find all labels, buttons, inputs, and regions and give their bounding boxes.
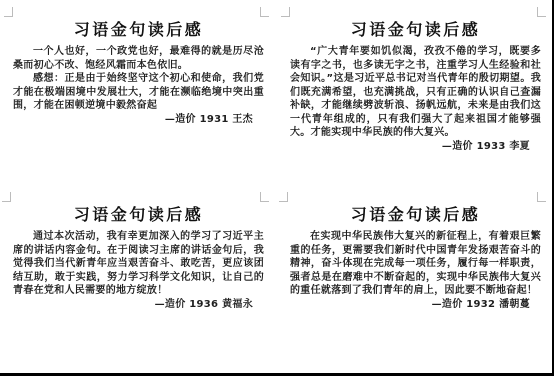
text-boundary-mark-top-left <box>279 192 288 202</box>
page-title: 习语金句读后感 <box>13 206 264 223</box>
text-boundary-mark-top-right <box>537 192 546 202</box>
body-paragraph: 通过本次活动，我有幸更加深入的学习了习近平主席的讲话内容金句。在于阅读习主席的讲… <box>13 230 264 298</box>
text-boundary-mark-top-right <box>260 192 269 202</box>
body-paragraph: 感想：正是由于始终坚守这个初心和使命，我们党才能在极端困境中发展壮大，才能在濒临… <box>13 72 264 113</box>
body-paragraph: “广大青年要如饥似渴，孜孜不倦的学习，既要多读有字之书，也多读无字之书，注重学习… <box>290 45 541 140</box>
page-title: 习语金句读后感 <box>290 21 541 38</box>
document-canvas: 习语金句读后感 一个人也好，一个政党也好，最难得的就是历尽沧桑而初心不改、饱经风… <box>0 0 554 378</box>
page-1: 习语金句读后感 一个人也好，一个政党也好，最难得的就是历尽沧桑而初心不改、饱经风… <box>0 0 277 189</box>
page-4: 习语金句读后感 在实现中华民族伟大复兴的新征程上，有着艰巨繁重的任务，更需要我们… <box>277 189 554 378</box>
page-2: 习语金句读后感 “广大青年要如饥似渴，孜孜不倦的学习，既要多读有字之书，也多读无… <box>277 0 554 189</box>
body-paragraph: 一个人也好，一个政党也好，最难得的就是历尽沧桑而初心不改、饱经风霜而本色依旧。 <box>13 45 264 72</box>
signature-line: —造价 1932 潘朝蔓 <box>290 298 541 312</box>
signature-line: —造价 1931 王杰 <box>13 113 264 127</box>
signature-line: —造价 1936 黄福永 <box>13 298 264 312</box>
text-boundary-mark-top-left <box>4 7 13 17</box>
text-boundary-mark-top-left <box>2 192 11 202</box>
text-boundary-mark-top-right <box>537 7 546 17</box>
page-title: 习语金句读后感 <box>13 21 264 38</box>
text-boundary-mark-top-left <box>281 7 290 17</box>
signature-line: —造价 1933 李夏 <box>290 140 541 154</box>
pages-grid: 习语金句读后感 一个人也好，一个政党也好，最难得的就是历尽沧桑而初心不改、饱经风… <box>0 0 554 378</box>
page-3: 习语金句读后感 通过本次活动，我有幸更加深入的学习了习近平主席的讲话内容金句。在… <box>0 189 277 378</box>
window-border-bottom <box>0 373 554 376</box>
page-title: 习语金句读后感 <box>290 206 541 223</box>
text-boundary-mark-top-right <box>260 7 269 17</box>
body-paragraph: 在实现中华民族伟大复兴的新征程上，有着艰巨繁重的任务，更需要我们新时代中国青年发… <box>290 230 541 298</box>
